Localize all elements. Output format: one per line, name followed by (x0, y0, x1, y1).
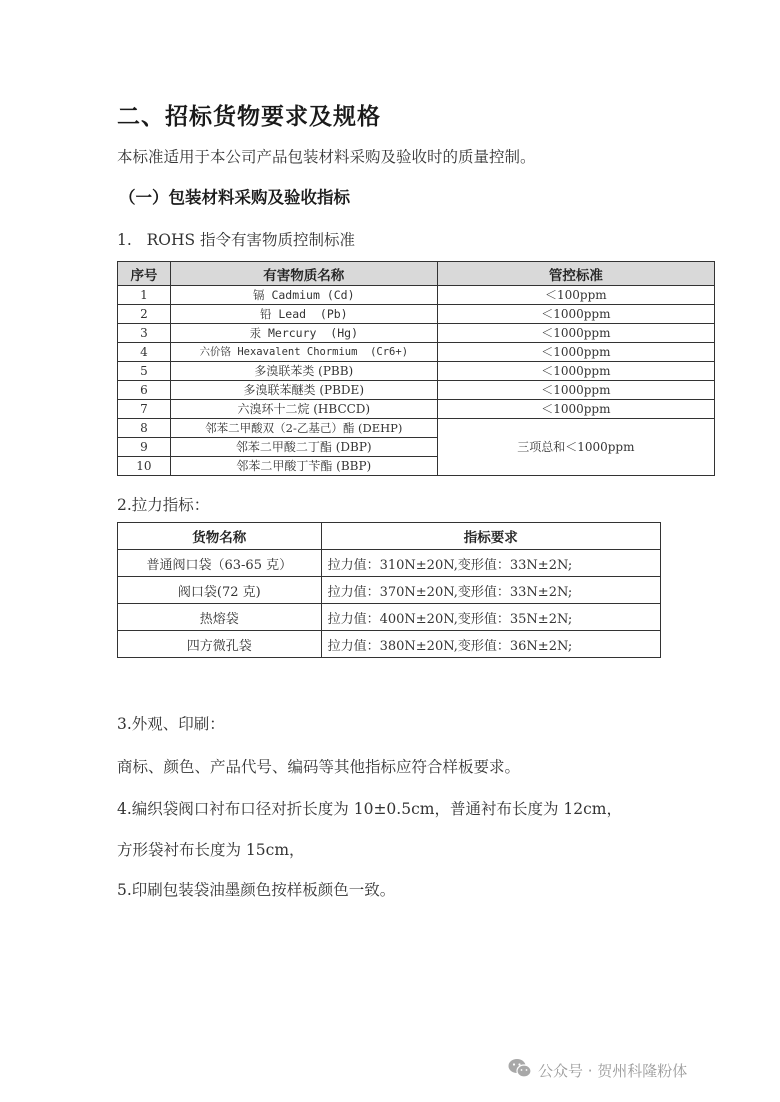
rohs-table: 序号 有害物质名称 管控标准 1 镉 Cadmium (Cd) ＜100ppm … (117, 261, 715, 476)
row-goods: 普通阀口袋（63-65 克） (118, 550, 322, 577)
col-header-goods: 货物名称 (118, 523, 322, 550)
table-row: 1 镉 Cadmium (Cd) ＜100ppm (118, 286, 715, 305)
row-limit: ＜1000ppm (437, 324, 714, 343)
row-substance: 六价铬 Hexavalent Chormium (Cr6+) (170, 343, 437, 362)
row-substance: 镉 Cadmium (Cd) (170, 286, 437, 305)
row-no: 3 (118, 324, 171, 343)
row-no: 10 (118, 457, 171, 476)
table-row: 阀口袋(72 克) 拉力值：370N±20N,变形值：33N±2N; (118, 577, 661, 604)
row-goods: 热熔袋 (118, 604, 322, 631)
row-no: 4 (118, 343, 171, 362)
row-substance: 汞 Mercury (Hg) (170, 324, 437, 343)
row-requirement: 拉力值：380N±20N,变形值：36N±2N; (321, 631, 660, 658)
row-requirement: 拉力值：370N±20N,变形值：33N±2N; (321, 577, 660, 604)
row-substance: 邻苯二甲酸丁苄酯 (BBP) (170, 457, 437, 476)
table-row: 6 多溴联苯醚类 (PBDE) ＜1000ppm (118, 381, 715, 400)
section5-text: 5.印刷包装袋油墨颜色按样板颜色一致。 (117, 878, 395, 900)
subheading: （一）包装材料采购及验收指标 (119, 184, 350, 208)
section2-title: 2.拉力指标： (117, 493, 209, 515)
col-header-requirement: 指标要求 (321, 523, 660, 550)
row-goods: 四方微孔袋 (118, 631, 322, 658)
row-limit: ＜1000ppm (437, 381, 714, 400)
section4-line2: 方形袋衬布长度为 15cm， (117, 838, 305, 860)
row-limit: ＜100ppm (437, 286, 714, 305)
row-limit: ＜1000ppm (437, 400, 714, 419)
intro-text: 本标准适用于本公司产品包装材料采购及验收时的质量控制。 (117, 145, 536, 167)
row-goods: 阀口袋(72 克) (118, 577, 322, 604)
table-header-row: 序号 有害物质名称 管控标准 (118, 262, 715, 286)
tension-table: 货物名称 指标要求 普通阀口袋（63-65 克） 拉力值：310N±20N,变形… (117, 522, 661, 658)
wechat-icon (508, 1058, 532, 1082)
row-substance: 六溴环十二烷 (HBCCD) (170, 400, 437, 419)
table-row: 四方微孔袋 拉力值：380N±20N,变形值：36N±2N; (118, 631, 661, 658)
row-no: 7 (118, 400, 171, 419)
table-row: 3 汞 Mercury (Hg) ＜1000ppm (118, 324, 715, 343)
table-row: 2 铅 Lead (Pb) ＜1000ppm (118, 305, 715, 324)
row-substance: 多溴联苯醚类 (PBDE) (170, 381, 437, 400)
table-row: 4 六价铬 Hexavalent Chormium (Cr6+) ＜1000pp… (118, 343, 715, 362)
row-no: 2 (118, 305, 171, 324)
row-substance: 铅 Lead (Pb) (170, 305, 437, 324)
row-limit: ＜1000ppm (437, 343, 714, 362)
table-row: 8 邻苯二甲酸双（2-乙基己）酯 (DEHP) 三项总和＜1000ppm (118, 419, 715, 438)
col-header-limit: 管控标准 (437, 262, 714, 286)
col-header-no: 序号 (118, 262, 171, 286)
row-limit: ＜1000ppm (437, 305, 714, 324)
row-requirement: 拉力值：400N±20N,变形值：35N±2N; (321, 604, 660, 631)
page-heading: 二、招标货物要求及规格 (117, 98, 381, 131)
merged-limit: 三项总和＜1000ppm (437, 419, 714, 476)
row-no: 5 (118, 362, 171, 381)
row-no: 1 (118, 286, 171, 305)
row-substance: 邻苯二甲酸二丁酯 (DBP) (170, 438, 437, 457)
row-no: 8 (118, 419, 171, 438)
section1-title: 1. ROHS 指令有害物质控制标准 (117, 228, 355, 250)
section3-title: 3.外观、印刷： (117, 712, 225, 734)
table-row: 热熔袋 拉力值：400N±20N,变形值：35N±2N; (118, 604, 661, 631)
col-header-substance: 有害物质名称 (170, 262, 437, 286)
watermark-text: 公众号 · 贺州科隆粉体 (538, 1060, 687, 1081)
section4-line1: 4.编织袋阀口衬布口径对折长度为 10±0.5cm，普通衬布长度为 12cm， (117, 797, 622, 819)
row-limit: ＜1000ppm (437, 362, 714, 381)
row-requirement: 拉力值：310N±20N,变形值：33N±2N; (321, 550, 660, 577)
row-no: 6 (118, 381, 171, 400)
table-header-row: 货物名称 指标要求 (118, 523, 661, 550)
row-substance: 邻苯二甲酸双（2-乙基己）酯 (DEHP) (170, 419, 437, 438)
row-substance: 多溴联苯类 (PBB) (170, 362, 437, 381)
row-no: 9 (118, 438, 171, 457)
table-row: 普通阀口袋（63-65 克） 拉力值：310N±20N,变形值：33N±2N; (118, 550, 661, 577)
watermark: 公众号 · 贺州科隆粉体 (508, 1058, 687, 1082)
table-row: 5 多溴联苯类 (PBB) ＜1000ppm (118, 362, 715, 381)
section3-text: 商标、颜色、产品代号、编码等其他指标应符合样板要求。 (117, 755, 520, 777)
table-row: 7 六溴环十二烷 (HBCCD) ＜1000ppm (118, 400, 715, 419)
